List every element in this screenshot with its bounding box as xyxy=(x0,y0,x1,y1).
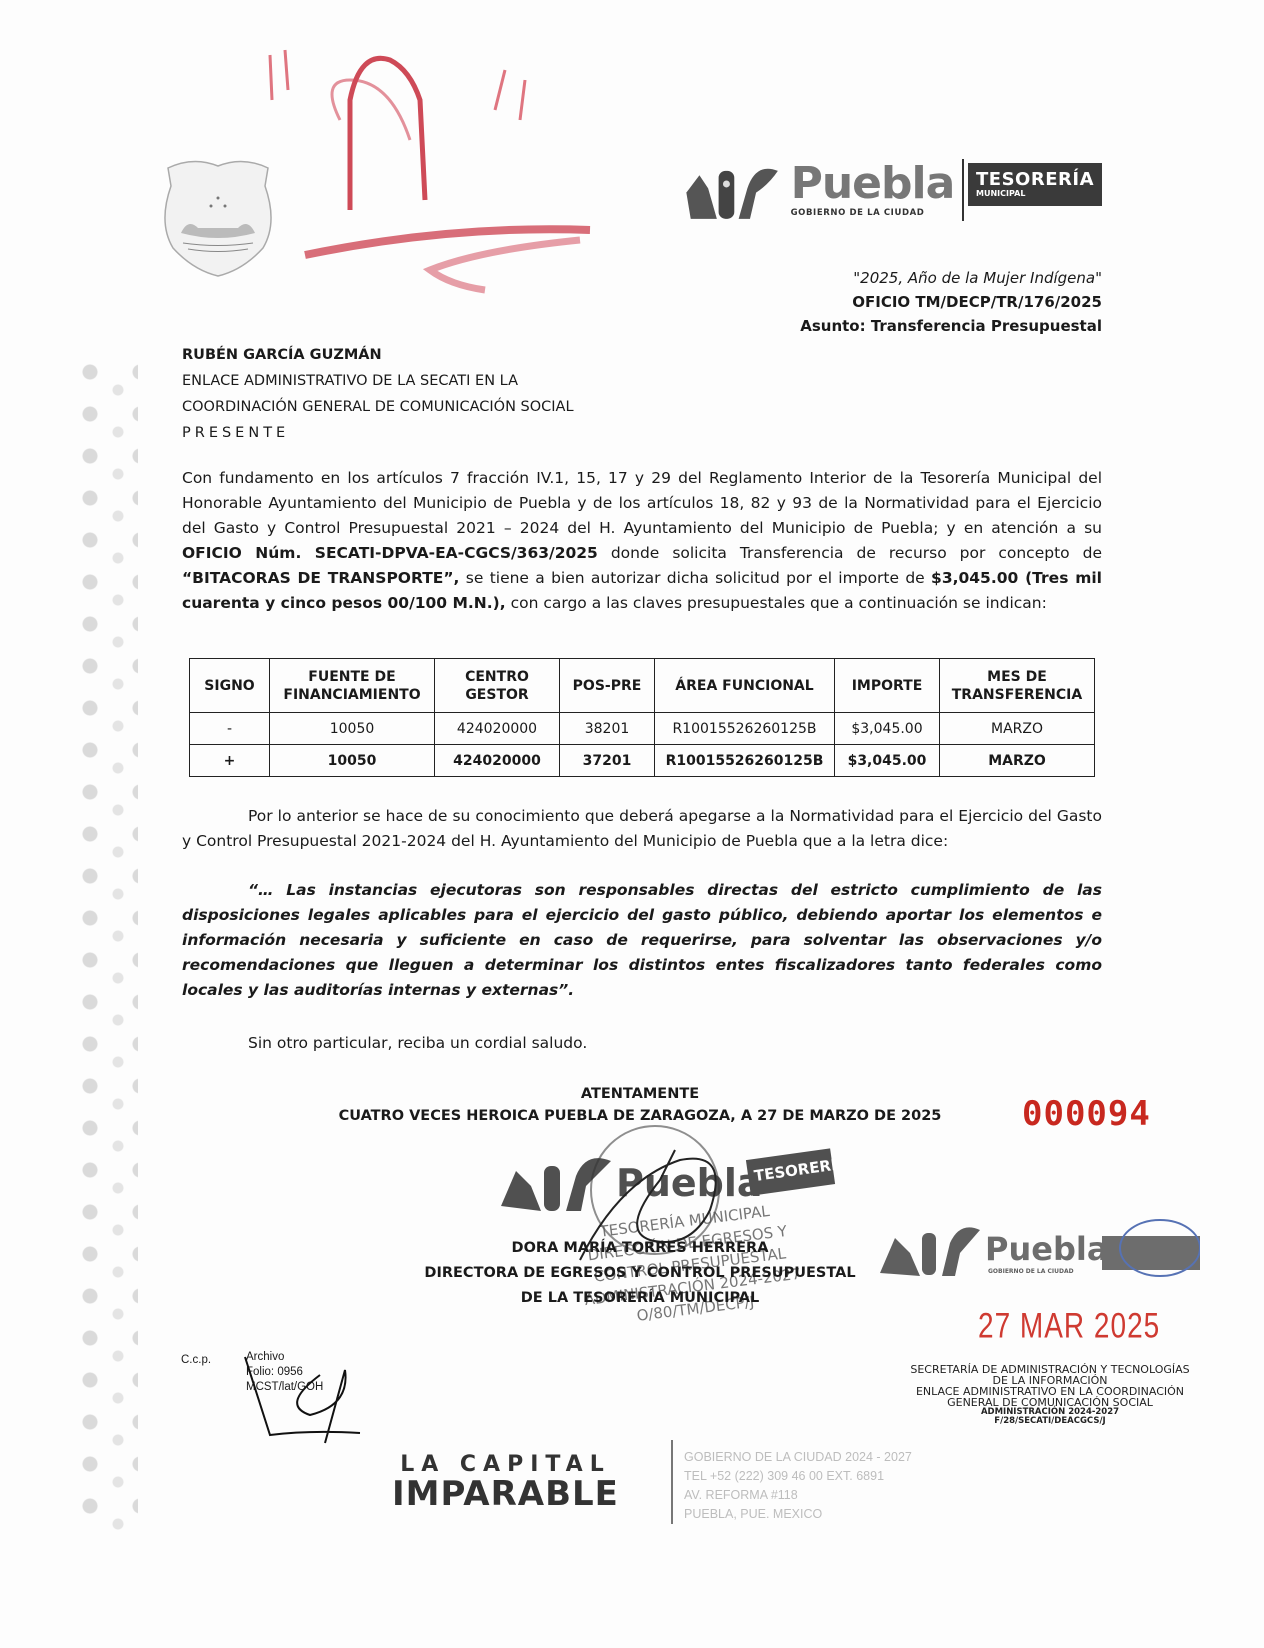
cell: 37201 xyxy=(560,745,655,777)
received-logo-stamp: Puebla GOBIERNO DE LA CIUDAD xyxy=(880,1218,1200,1278)
text: con cargo a las claves presupuestales qu… xyxy=(506,594,1047,612)
signer-title-2: DE LA TESORERÍA MUNICIPAL xyxy=(380,1286,900,1311)
col-pos-pre: POS-PRE xyxy=(560,659,655,713)
cell: 424020000 xyxy=(435,745,560,777)
footer-brand: LA CAPITAL IMPARABLE xyxy=(392,1452,619,1511)
cell: 10050 xyxy=(270,745,435,777)
cell: MARZO xyxy=(940,713,1095,745)
signer-block: DORA MARÍA TORRES HERRERA DIRECTORA DE E… xyxy=(380,1236,900,1311)
recipient-title-2: COORDINACIÓN GENERAL DE COMUNICACIÓN SOC… xyxy=(182,394,574,420)
handwritten-annotation xyxy=(250,40,610,300)
recipient-block: RUBÉN GARCÍA GUZMÁN ENLACE ADMINISTRATIV… xyxy=(182,342,574,446)
cell: R10015526260125B xyxy=(655,745,835,777)
cell: 38201 xyxy=(560,713,655,745)
svg-text:Puebla: Puebla xyxy=(985,1230,1108,1268)
footer-line: PUEBLA, PUE. MEXICO xyxy=(684,1505,912,1524)
received-stamp-text: SECRETARÍA DE ADMINISTRACIÓN Y TECNOLOGÍ… xyxy=(890,1364,1210,1426)
budget-transfer-table: SIGNO FUENTE DE FINANCIAMIENTO CENTRO GE… xyxy=(189,658,1095,777)
text: Con fundamento en los artículos 7 fracci… xyxy=(182,469,1102,537)
paragraph-authorization: Con fundamento en los artículos 7 fracci… xyxy=(182,466,1102,616)
svg-text:GOBIERNO DE LA CIUDAD: GOBIERNO DE LA CIUDAD xyxy=(988,1268,1074,1275)
tesoreria-badge: TESORERÍA MUNICIPAL xyxy=(968,163,1102,206)
cell: 424020000 xyxy=(435,713,560,745)
folio-stamp: 000094 xyxy=(1022,1094,1151,1134)
text: se tiene a bien autorizar dicha solicitu… xyxy=(459,569,931,587)
cell: R10015526260125B xyxy=(655,713,835,745)
oficio-number: OFICIO TM/DECP/TR/176/2025 xyxy=(800,290,1102,314)
footer-line: TEL +52 (222) 309 46 00 EXT. 6891 xyxy=(684,1467,912,1486)
cell: MARZO xyxy=(940,745,1095,777)
signer-name: DORA MARÍA TORRES HERRERA xyxy=(380,1236,900,1261)
col-area-funcional: ÁREA FUNCIONAL xyxy=(655,659,835,713)
stamp-line: F/28/SECATI/DEACGCS/J xyxy=(890,1417,1210,1426)
col-importe: IMPORTE xyxy=(835,659,940,713)
presente: PRESENTE xyxy=(182,420,574,446)
tesoreria-logo: Puebla GOBIERNO DE LA CIUDAD TESORERÍA M… xyxy=(682,150,1102,230)
badge-subtitle: MUNICIPAL xyxy=(976,189,1094,198)
quoted-regulation: “… Las instancias ejecutoras son respons… xyxy=(182,878,1102,1003)
table-row: + 10050 424020000 37201 R10015526260125B… xyxy=(190,745,1095,777)
logo-divider xyxy=(962,159,964,221)
col-mes: MES DE TRANSFERENCIA xyxy=(940,659,1095,713)
footer-divider xyxy=(671,1440,673,1524)
brand-line-2: IMPARABLE xyxy=(392,1477,619,1511)
cell: - xyxy=(190,713,270,745)
cell: $3,045.00 xyxy=(835,713,940,745)
side-border-pattern xyxy=(78,360,138,1530)
recipient-title-1: ENLACE ADMINISTRATIVO DE LA SECATI EN LA xyxy=(182,368,574,394)
atentamente: ATENTAMENTE xyxy=(300,1084,980,1104)
year-motto: "2025, Año de la Mujer Indígena" xyxy=(800,266,1102,290)
cell: $3,045.00 xyxy=(835,745,940,777)
col-centro-gestor: CENTRO GESTOR xyxy=(435,659,560,713)
table-row: - 10050 424020000 38201 R10015526260125B… xyxy=(190,713,1095,745)
text: donde solicita Transferencia de recurso … xyxy=(598,544,1102,562)
recipient-name: RUBÉN GARCÍA GUZMÁN xyxy=(182,342,574,368)
footer-line: AV. REFORMA #118 xyxy=(684,1486,912,1505)
col-signo: SIGNO xyxy=(190,659,270,713)
paragraph-normatividad: Por lo anterior se hace de su conocimien… xyxy=(182,804,1102,854)
received-date-stamp: 27 MAR 2025 xyxy=(978,1306,1160,1346)
initials-signature xyxy=(240,1355,370,1445)
reference-oficio: OFICIO Núm. SECATI-DPVA-EA-CGCS/363/2025 xyxy=(182,544,598,562)
footer-line: GOBIERNO DE LA CIUDAD 2024 - 2027 xyxy=(684,1448,912,1467)
table-header-row: SIGNO FUENTE DE FINANCIAMIENTO CENTRO GE… xyxy=(190,659,1095,713)
footer-contact-info: GOBIERNO DE LA CIUDAD 2024 - 2027 TEL +5… xyxy=(684,1448,912,1524)
cell: + xyxy=(190,745,270,777)
ccp-label: C.c.p. xyxy=(181,1354,211,1366)
col-fuente: FUENTE DE FINANCIAMIENTO xyxy=(270,659,435,713)
closing-greeting: Sin otro particular, reciba un cordial s… xyxy=(248,1031,587,1056)
cell: 10050 xyxy=(270,713,435,745)
signer-title-1: DIRECTORA DE EGRESOS Y CONTROL PRESUPUES… xyxy=(380,1261,900,1286)
subject-line: Asunto: Transferencia Presupuestal xyxy=(800,314,1102,338)
concept: “BITACORAS DE TRANSPORTE”, xyxy=(182,569,459,587)
logo-wordmark: Puebla xyxy=(791,162,955,206)
document-header-info: "2025, Año de la Mujer Indígena" OFICIO … xyxy=(800,266,1102,338)
puebla-emblem-icon xyxy=(682,153,787,228)
place-and-date: CUATRO VECES HEROICA PUEBLA DE ZARAGOZA,… xyxy=(300,1108,980,1124)
logo-subtitle: GOBIERNO DE LA CIUDAD xyxy=(791,208,955,218)
badge-title: TESORERÍA xyxy=(976,171,1094,189)
